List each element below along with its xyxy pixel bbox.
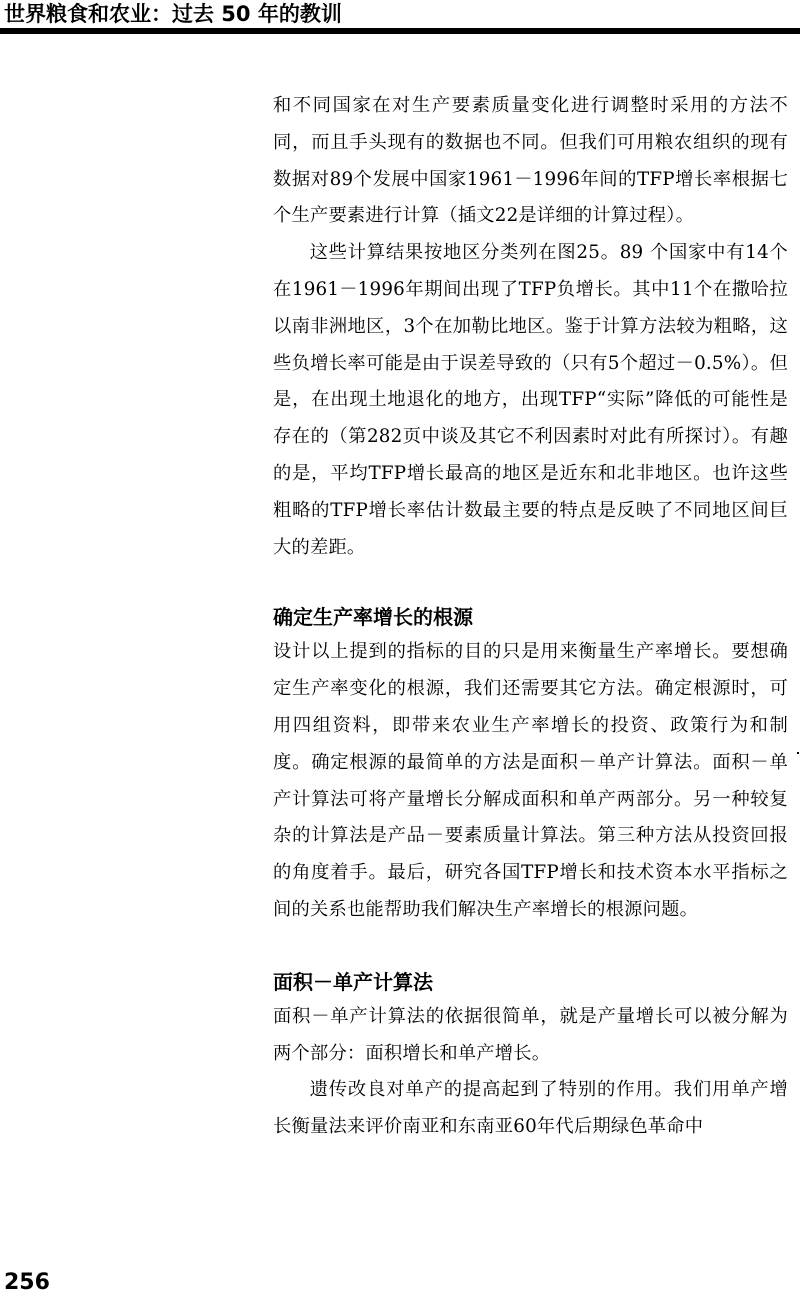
body-paragraph: 和不同国家在对生产要素质量变化进行调整时采用的方法不同，而且手头现有的数据也不同… [273, 88, 788, 235]
scan-speck [797, 752, 799, 754]
body-paragraph: 这些计算结果按地区分类列在图25。89 个国家中有14个在1961－1996年期… [273, 235, 788, 566]
page-number: 256 [4, 1272, 50, 1294]
text-column: 和不同国家在对生产要素质量变化进行调整时采用的方法不同，而且手头现有的数据也不同… [273, 88, 788, 1146]
body-paragraph: 设计以上提到的指标的目的只是用来衡量生产率增长。要想确定生产率变化的根源，我们还… [273, 634, 788, 928]
section-heading-area-yield-method: 面积－单产计算法 [273, 965, 788, 999]
section-spacer [273, 566, 788, 600]
running-header-title: 世界粮食和农业：过去 50 年的教训 [4, 0, 342, 28]
section-heading-productivity-sources: 确定生产率增长的根源 [273, 600, 788, 634]
body-paragraph: 遗传改良对单产的提高起到了特别的作用。我们用单产增长衡量法来评价南亚和东南亚60… [273, 1072, 788, 1146]
body-paragraph: 面积－单产计算法的依据很简单，就是产量增长可以被分解为两个部分：面积增长和单产增… [273, 999, 788, 1073]
section-spacer [273, 929, 788, 965]
header-rule [0, 28, 800, 34]
